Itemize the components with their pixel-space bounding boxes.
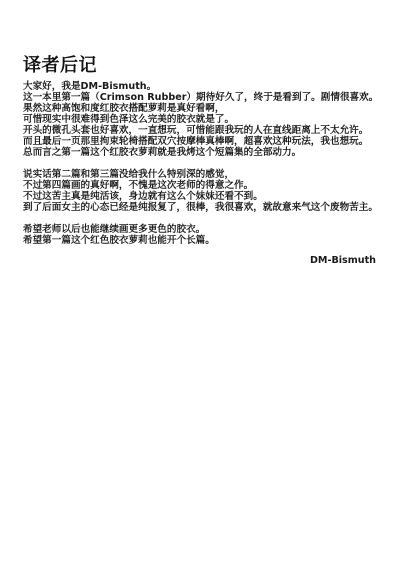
text-line: 可惜现实中很难得到色泽这么完美的胶衣就是了。 xyxy=(23,114,383,125)
afterword-body: 大家好，我是DM-Bismuth。 这一本里第一篇（Crimson Rubber… xyxy=(23,81,383,257)
paragraph-3: 希望老师以后也能继续画更多更色的胶衣。 希望第一篇这个红色胶衣萝莉也能开个长篇。 xyxy=(23,224,383,246)
paragraph-1: 大家好，我是DM-Bismuth。 这一本里第一篇（Crimson Rubber… xyxy=(23,81,383,158)
text-line: 总而言之第一篇这个红胶衣萝莉就是我烤这个短篇集的全部动力。 xyxy=(23,147,383,158)
document-page: 译者后记 大家好，我是DM-Bismuth。 这一本里第一篇（Crimson R… xyxy=(0,0,400,566)
paragraph-2: 说实话第二篇和第三篇没给我什么特别深的感觉， 不过第四篇画的真好啊，不愧是这次老… xyxy=(23,169,383,213)
text-line: 希望第一篇这个红色胶衣萝莉也能开个长篇。 xyxy=(23,235,383,246)
text-line: 到了后面女主的心态已经是纯报复了，很棒，我很喜欢，就故意来气这个废物苦主。 xyxy=(23,202,383,213)
text-line: 这一本里第一篇（Crimson Rubber）期待好久了，终于是看到了。剧情很喜… xyxy=(23,92,383,103)
text-line: 果然这种高饱和度红胶衣搭配萝莉是真好看啊， xyxy=(23,103,383,114)
text-line: 希望老师以后也能继续画更多更色的胶衣。 xyxy=(23,224,383,235)
signature: DM-Bismuth xyxy=(310,255,376,267)
text-line: 说实话第二篇和第三篇没给我什么特别深的感觉， xyxy=(23,169,383,180)
text-line: 大家好，我是DM-Bismuth。 xyxy=(23,81,383,92)
text-line: 不过第四篇画的真好啊，不愧是这次老师的得意之作。 xyxy=(23,180,383,191)
text-line: 开头的微孔头套也好喜欢，一直想玩，可惜能跟我玩的人在直线距离上不太允许。 xyxy=(23,125,383,136)
text-line: 不过这苦主真是纯活该，身边就有这么个妹妹还看不到。 xyxy=(23,191,383,202)
page-title: 译者后记 xyxy=(23,54,97,78)
text-line: 而且最后一页那里拘束轮椅搭配双穴按摩棒真棒啊，超喜欢这种玩法，我也想玩。 xyxy=(23,136,383,147)
